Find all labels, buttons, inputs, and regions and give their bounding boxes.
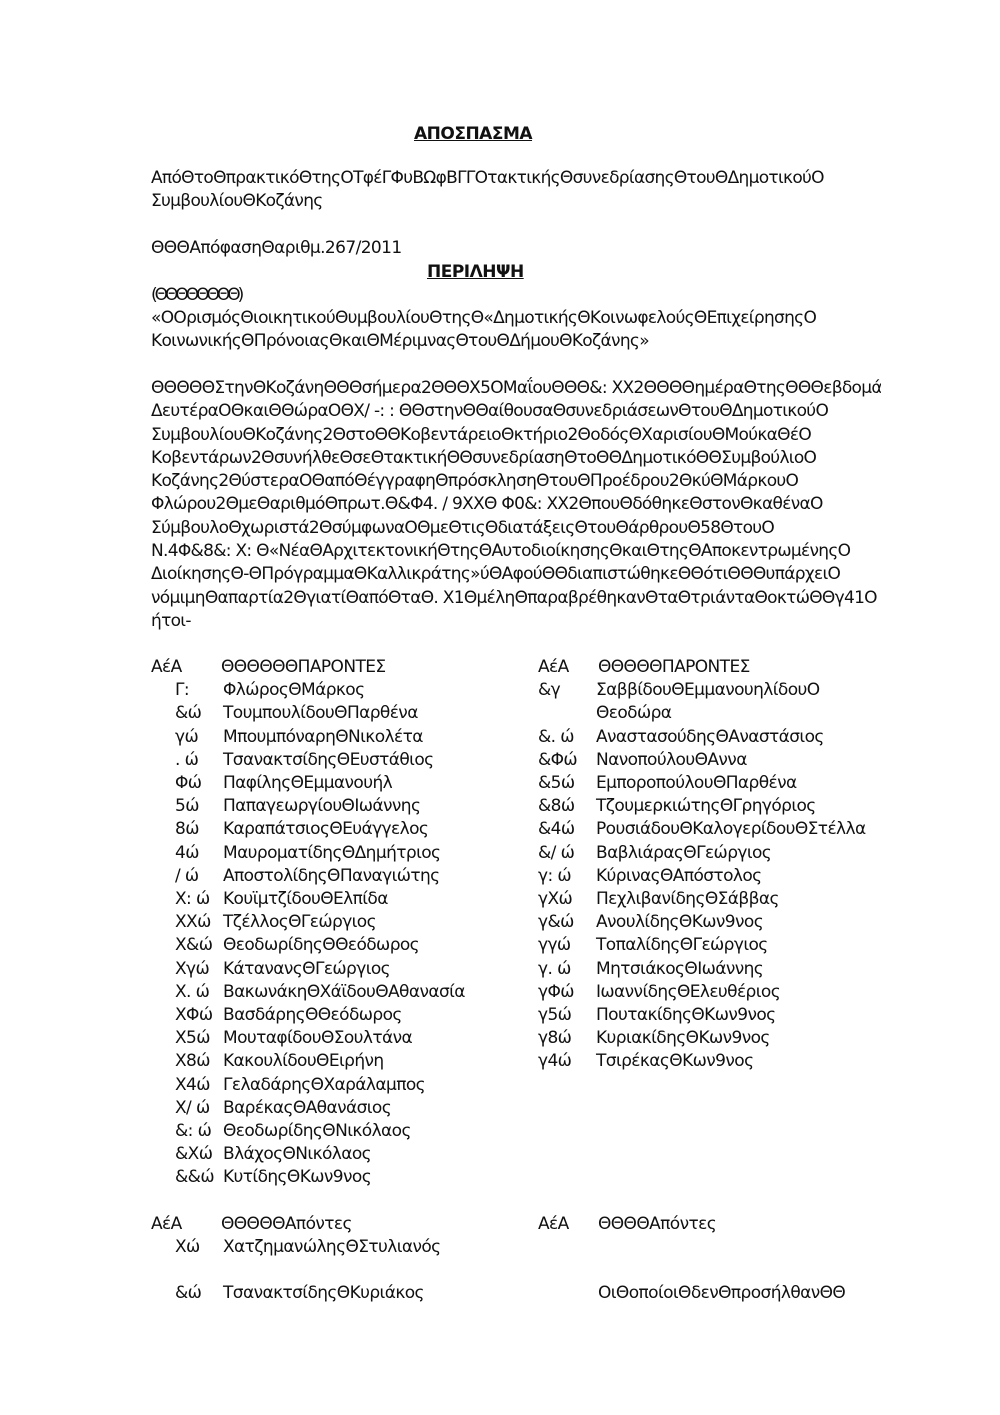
list-item: &ώΤουμπουλίδουΘΠαρθένα bbox=[151, 702, 465, 725]
item-name: ΤσανακτσίδηςΘΕυστάθιος bbox=[223, 749, 434, 772]
body-line: Κοζάνης2ΘύστεραΟΘαπόΘέγγραφηΘπρόσκλησηΘτ… bbox=[151, 470, 881, 493]
list-item: Χ&ώΘεοδωρίδηςΘΘεόδωρος bbox=[151, 934, 465, 957]
absent-note: ΟιΘοποίοιΘδενΘπροσήλθανΘΘ bbox=[598, 1282, 845, 1305]
item-number: γΦώ bbox=[538, 981, 596, 1004]
body-line: Ν.4Φ&8&: Χ: Θ«ΝέαΘΑρχιτεκτονικήΘτηςΘΑυτο… bbox=[151, 540, 881, 563]
item-name: ΠαπαγεωργίουΘΙωάννης bbox=[223, 795, 420, 818]
list-item: 8ώΚαραπάτσιοςΘΕυάγγελος bbox=[151, 818, 465, 841]
list-item: γ. ώΜητσιάκοςΘΙωάννης bbox=[538, 958, 866, 981]
item-number: &ώ bbox=[151, 702, 223, 725]
item-number: γ4ώ bbox=[538, 1050, 596, 1073]
body-paragraph: ΘΘΘΘΘΣτηνΘΚοζάνηΘΘΘσήμερα2ΘΘΘΧ5ΟΜαΐουΘΘΘ… bbox=[151, 377, 881, 633]
item-name: ΡουσιάδουΘΚαλογερίδουΘΣτέλλα bbox=[596, 818, 866, 841]
list-item: &&ώΚυτίδηςΘΚων9νος bbox=[151, 1166, 465, 1189]
item-name: ΚακουλίδουΘΕιρήνη bbox=[223, 1050, 384, 1073]
list-item: &. ώΑναστασούδηςΘΑναστάσιος bbox=[538, 726, 866, 749]
item-number: ΧΦώ bbox=[151, 1004, 223, 1027]
item-number: Γ: bbox=[151, 679, 223, 702]
list-item: &ΧώΒλάχοςΘΝικόλαος bbox=[151, 1143, 465, 1166]
list-item: ΧΧώΤζέλλοςΘΓεώργιος bbox=[151, 911, 465, 934]
item-number: &Χώ bbox=[151, 1143, 223, 1166]
item-name: ΠουτακίδηςΘΚων9νος bbox=[596, 1004, 776, 1027]
list-item: 5ώΠαπαγεωργίουΘΙωάννης bbox=[151, 795, 465, 818]
item-name: ΠεχλιβανίδηςΘΣάββας bbox=[596, 888, 779, 911]
item-number: Χ/ ώ bbox=[151, 1097, 223, 1120]
list-item: γΧώΠεχλιβανίδηςΘΣάββας bbox=[538, 888, 866, 911]
section-prefix: ΑέΑ bbox=[538, 1213, 598, 1236]
list-item: &: ώΘεοδωρίδηςΘΝικόλαος bbox=[151, 1120, 465, 1143]
body-line: ΔευτέραΟΘκαιΘΘώραΟΘΧ/ -: : ΘΘστηνΘΘαίθου… bbox=[151, 400, 881, 423]
item-name: ΘεοδωρίδηςΘΝικόλαος bbox=[223, 1120, 411, 1143]
section-prefix: ΑέΑ bbox=[151, 1213, 221, 1236]
item-name: ΒλάχοςΘΝικόλαος bbox=[223, 1143, 371, 1166]
item-name: ΕμποροπούλουΘΠαρθένα bbox=[596, 772, 797, 795]
item-name: ΧατζημανώληςΘΣτυλιανός bbox=[223, 1236, 441, 1259]
item-number: Χ. ώ bbox=[151, 981, 223, 1004]
item-name: ΒακωνάκηΘΧάϊδουΘΑθανασία bbox=[223, 981, 465, 1004]
item-name: ΒασδάρηςΘΘεόδωρος bbox=[223, 1004, 402, 1027]
intro-line: ΑπόΘτοΘπρακτικόΘτηςΟΤφέΓΦυΒΩφΒΓΓΟτακτική… bbox=[151, 167, 881, 190]
list-item: γ5ώΠουτακίδηςΘΚων9νος bbox=[538, 1004, 866, 1027]
list-item: &8ώΤζουμερκιώτηςΘΓρηγόριος bbox=[538, 795, 866, 818]
item-number: Χ: ώ bbox=[151, 888, 223, 911]
intro-paragraph: ΑπόΘτοΘπρακτικόΘτηςΟΤφέΓΦυΒΩφΒΓΓΟτακτική… bbox=[151, 167, 881, 214]
list-item: &ΦώΝανοπούλουΘΑννα bbox=[538, 749, 866, 772]
item-number: &ώ bbox=[151, 1282, 223, 1305]
list-item: 4ώΜαυροματίδηςΘΔημήτριος bbox=[151, 842, 465, 865]
present-heading: ΘΘΘΘΘΘΠΑΡΟΝΤΕΣ bbox=[221, 656, 386, 679]
present-heading: ΘΘΘΘΘΠΑΡΟΝΤΕΣ bbox=[598, 656, 750, 679]
list-item: Γ:ΦλώροςΘΜάρκος bbox=[151, 679, 465, 702]
item-number: γ8ώ bbox=[538, 1027, 596, 1050]
list-item: Χώ ΧατζημανώληςΘΣτυλιανός bbox=[151, 1236, 441, 1259]
item-name: ΣαββίδουΘΕμμανουηλίδουΟ bbox=[596, 679, 820, 702]
body-line: ήτοι- bbox=[151, 610, 881, 633]
item-name: ΓελαδάρηςΘΧαράλαμπος bbox=[223, 1074, 425, 1097]
item-number: . ώ bbox=[151, 749, 223, 772]
subject-paragraph: «ΟΟρισμόςΘιοικητικούΘυμβουλίουΘτηςΘ«Δημο… bbox=[151, 307, 881, 354]
list-item: &ώ ΤσανακτσίδηςΘΚυριάκος bbox=[151, 1282, 441, 1305]
item-number-blank bbox=[538, 702, 596, 725]
list-item: Χ/ ώΒαρέκαςΘΑθανάσιος bbox=[151, 1097, 465, 1120]
item-number: Χ8ώ bbox=[151, 1050, 223, 1073]
body-line: Φλώρου2ΘμεΘαριθμόΘπρωτ.Θ&Φ4. / 9ΧΧΘ Φ0&:… bbox=[151, 493, 881, 516]
list-item: γ&ώΑνουλίδηςΘΚων9νος bbox=[538, 911, 866, 934]
absent-list-right: ΑέΑ ΘΘΘΘΑπόντες bbox=[538, 1213, 716, 1236]
item-number: γ&ώ bbox=[538, 911, 596, 934]
item-number: &&ώ bbox=[151, 1166, 223, 1189]
item-number: 4ώ bbox=[151, 842, 223, 865]
body-line: ΔιοίκησηςΘ-ΘΠρόγραμμαΘΚαλλικράτης»ύΘΑφού… bbox=[151, 563, 881, 586]
item-number: ΧΧώ bbox=[151, 911, 223, 934]
item-number: Φώ bbox=[151, 772, 223, 795]
item-name: ΤουμπουλίδουΘΠαρθένα bbox=[223, 702, 418, 725]
item-name: ΝανοπούλουΘΑννα bbox=[596, 749, 747, 772]
item-number: / ώ bbox=[151, 865, 223, 888]
item-number: γ5ώ bbox=[538, 1004, 596, 1027]
item-number: &5ώ bbox=[538, 772, 596, 795]
list-item: &/ ώΒαβλιάραςΘΓεώργιος bbox=[538, 842, 866, 865]
item-name: ΚάτανανςΘΓεώργιος bbox=[223, 958, 390, 981]
present-list-right: ΑέΑ ΘΘΘΘΘΠΑΡΟΝΤΕΣ &γΣαββίδουΘΕμμανουηλίδ… bbox=[538, 656, 866, 1074]
item-name: ΚυριακίδηςΘΚων9νος bbox=[596, 1027, 770, 1050]
item-name: ΤσιρέκαςΘΚων9νος bbox=[596, 1050, 753, 1073]
item-name: ΘεοδωρίδηςΘΘεόδωρος bbox=[223, 934, 419, 957]
list-item: Χ5ώΜουταφίδουΘΣουλτάνα bbox=[151, 1027, 465, 1050]
present-list-left: ΑέΑ ΘΘΘΘΘΘΠΑΡΟΝΤΕΣ Γ:ΦλώροςΘΜάρκος&ώΤουμ… bbox=[151, 656, 465, 1190]
item-name: ΑνουλίδηςΘΚων9νος bbox=[596, 911, 763, 934]
item-number: &8ώ bbox=[538, 795, 596, 818]
list-item-continuation: Θεοδώρα bbox=[538, 702, 866, 725]
body-line: ΣυμβουλίουΘΚοζάνης2ΘστοΘΘΚοβεντάρειοΘκτή… bbox=[151, 424, 881, 447]
item-name: ΚουϊμτζίδουΘΕλπίδα bbox=[223, 888, 388, 911]
item-number: Χ4ώ bbox=[151, 1074, 223, 1097]
item-number: Χώ bbox=[151, 1236, 223, 1259]
present-header-left: ΑέΑ ΘΘΘΘΘΘΠΑΡΟΝΤΕΣ bbox=[151, 656, 465, 679]
present-header-right: ΑέΑ ΘΘΘΘΘΠΑΡΟΝΤΕΣ bbox=[538, 656, 866, 679]
item-name: ΚύριναςΘΑπόστολος bbox=[596, 865, 762, 888]
item-name: ΦλώροςΘΜάρκος bbox=[223, 679, 365, 702]
list-item: ΦώΠαφίληςΘΕμμανουήλ bbox=[151, 772, 465, 795]
item-number: &: ώ bbox=[151, 1120, 223, 1143]
item-number: 5ώ bbox=[151, 795, 223, 818]
item-number: Χγώ bbox=[151, 958, 223, 981]
item-name: ΒαβλιάραςΘΓεώργιος bbox=[596, 842, 771, 865]
item-name: ΚυτίδηςΘΚων9νος bbox=[223, 1166, 371, 1189]
list-item: γΦώΙωαννίδηςΘΕλευθέριος bbox=[538, 981, 866, 1004]
intro-line: ΣυμβουλίουΘΚοζάνης bbox=[151, 190, 881, 213]
body-line: ΘΘΘΘΘΣτηνΘΚοζάνηΘΘΘσήμερα2ΘΘΘΧ5ΟΜαΐουΘΘΘ… bbox=[151, 377, 881, 400]
item-name: ΤζέλλοςΘΓεώργιος bbox=[223, 911, 376, 934]
item-number: Χ5ώ bbox=[151, 1027, 223, 1050]
absent-header-left: ΑέΑ ΘΘΘΘΘΑπόντες bbox=[151, 1213, 441, 1236]
subject-line: «ΟΟρισμόςΘιοικητικούΘυμβουλίουΘτηςΘ«Δημο… bbox=[151, 307, 881, 330]
list-item: &γΣαββίδουΘΕμμανουηλίδουΟ bbox=[538, 679, 866, 702]
item-number: 8ώ bbox=[151, 818, 223, 841]
item-name: ΜουταφίδουΘΣουλτάνα bbox=[223, 1027, 412, 1050]
list-item: Χ4ώΓελαδάρηςΘΧαράλαμπος bbox=[151, 1074, 465, 1097]
item-number: γΧώ bbox=[538, 888, 596, 911]
list-item: Χ. ώΒακωνάκηΘΧάϊδουΘΑθανασία bbox=[151, 981, 465, 1004]
list-item: γγώΤοπαλίδηςΘΓεώργιος bbox=[538, 934, 866, 957]
list-item: Χ8ώΚακουλίδουΘΕιρήνη bbox=[151, 1050, 465, 1073]
list-item: . ώΤσανακτσίδηςΘΕυστάθιος bbox=[151, 749, 465, 772]
parenthesis-line: (ΘΘΘΘΘΘΘΘ) bbox=[151, 284, 241, 307]
item-name: ΚαραπάτσιοςΘΕυάγγελος bbox=[223, 818, 428, 841]
list-item: ΧΦώΒασδάρηςΘΘεόδωρος bbox=[151, 1004, 465, 1027]
item-number: &γ bbox=[538, 679, 596, 702]
absent-header-right: ΑέΑ ΘΘΘΘΑπόντες bbox=[538, 1213, 716, 1236]
item-number: γώ bbox=[151, 726, 223, 749]
section-prefix: ΑέΑ bbox=[538, 656, 598, 679]
item-number: Χ&ώ bbox=[151, 934, 223, 957]
list-item: γ8ώΚυριακίδηςΘΚων9νος bbox=[538, 1027, 866, 1050]
item-name: ΤζουμερκιώτηςΘΓρηγόριος bbox=[596, 795, 816, 818]
item-number: γ: ώ bbox=[538, 865, 596, 888]
item-name: ΤσανακτσίδηςΘΚυριάκος bbox=[223, 1282, 424, 1305]
item-number: &/ ώ bbox=[538, 842, 596, 865]
item-number: &4ώ bbox=[538, 818, 596, 841]
item-number: γγώ bbox=[538, 934, 596, 957]
list-item: / ώΑποστολίδηςΘΠαναγιώτης bbox=[151, 865, 465, 888]
list-item: &5ώΕμποροπούλουΘΠαρθένα bbox=[538, 772, 866, 795]
decision-number: ΘΘΘΑπόφασηΘαριθμ.267/2011 bbox=[151, 237, 402, 260]
item-name: ΒαρέκαςΘΑθανάσιος bbox=[223, 1097, 391, 1120]
absent-list-left: ΑέΑ ΘΘΘΘΘΑπόντες Χώ ΧατζημανώληςΘΣτυλιαν… bbox=[151, 1213, 441, 1306]
item-name: ΜητσιάκοςΘΙωάννης bbox=[596, 958, 763, 981]
list-item: γώΜπουμπόναρηΘΝικολέτα bbox=[151, 726, 465, 749]
item-number: &Φώ bbox=[538, 749, 596, 772]
absent-heading: ΘΘΘΘΑπόντες bbox=[598, 1213, 716, 1236]
item-name: ΑναστασούδηςΘΑναστάσιος bbox=[596, 726, 824, 749]
item-name: ΠαφίληςΘΕμμανουήλ bbox=[223, 772, 392, 795]
item-name: Θεοδώρα bbox=[596, 702, 671, 725]
section-prefix: ΑέΑ bbox=[151, 656, 221, 679]
subject-line: ΚοινωνικήςΘΠρόνοιαςΘκαιΘΜέριμναςΘτουΘΔήμ… bbox=[151, 330, 881, 353]
list-item: γ: ώΚύριναςΘΑπόστολος bbox=[538, 865, 866, 888]
list-item: ΧγώΚάτανανςΘΓεώργιος bbox=[151, 958, 465, 981]
item-name: ΤοπαλίδηςΘΓεώργιος bbox=[596, 934, 768, 957]
item-number: &. ώ bbox=[538, 726, 596, 749]
item-number: γ. ώ bbox=[538, 958, 596, 981]
body-line: Κοβεντάρων2ΘσυνήλθεΘσεΘτακτικήΘΘσυνεδρία… bbox=[151, 447, 881, 470]
list-item: &4ώΡουσιάδουΘΚαλογερίδουΘΣτέλλα bbox=[538, 818, 866, 841]
document-title: ΑΠΟΣΠΑΣΜΑ bbox=[414, 124, 532, 144]
body-line: νόμιμηΘαπαρτία2ΘγιατίΘαπόΘταΘ. Χ1ΘμέληΘπ… bbox=[151, 587, 881, 610]
absent-heading: ΘΘΘΘΘΑπόντες bbox=[221, 1213, 352, 1236]
item-name: ΙωαννίδηςΘΕλευθέριος bbox=[596, 981, 780, 1004]
item-name: ΜπουμπόναρηΘΝικολέτα bbox=[223, 726, 423, 749]
summary-heading: ΠΕΡΙΛΗΨΗ bbox=[427, 262, 524, 282]
list-item: γ4ώΤσιρέκαςΘΚων9νος bbox=[538, 1050, 866, 1073]
list-item: Χ: ώΚουϊμτζίδουΘΕλπίδα bbox=[151, 888, 465, 911]
document-page: ΑΠΟΣΠΑΣΜΑ ΑπόΘτοΘπρακτικόΘτηςΟΤφέΓΦυΒΩφΒ… bbox=[0, 0, 1000, 1415]
item-name: ΜαυροματίδηςΘΔημήτριος bbox=[223, 842, 440, 865]
body-line: ΣύμβουλοΘχωριστά2ΘσύμφωναΟΘμεΘτιςΘδιατάξ… bbox=[151, 517, 881, 540]
item-name: ΑποστολίδηςΘΠαναγιώτης bbox=[223, 865, 440, 888]
